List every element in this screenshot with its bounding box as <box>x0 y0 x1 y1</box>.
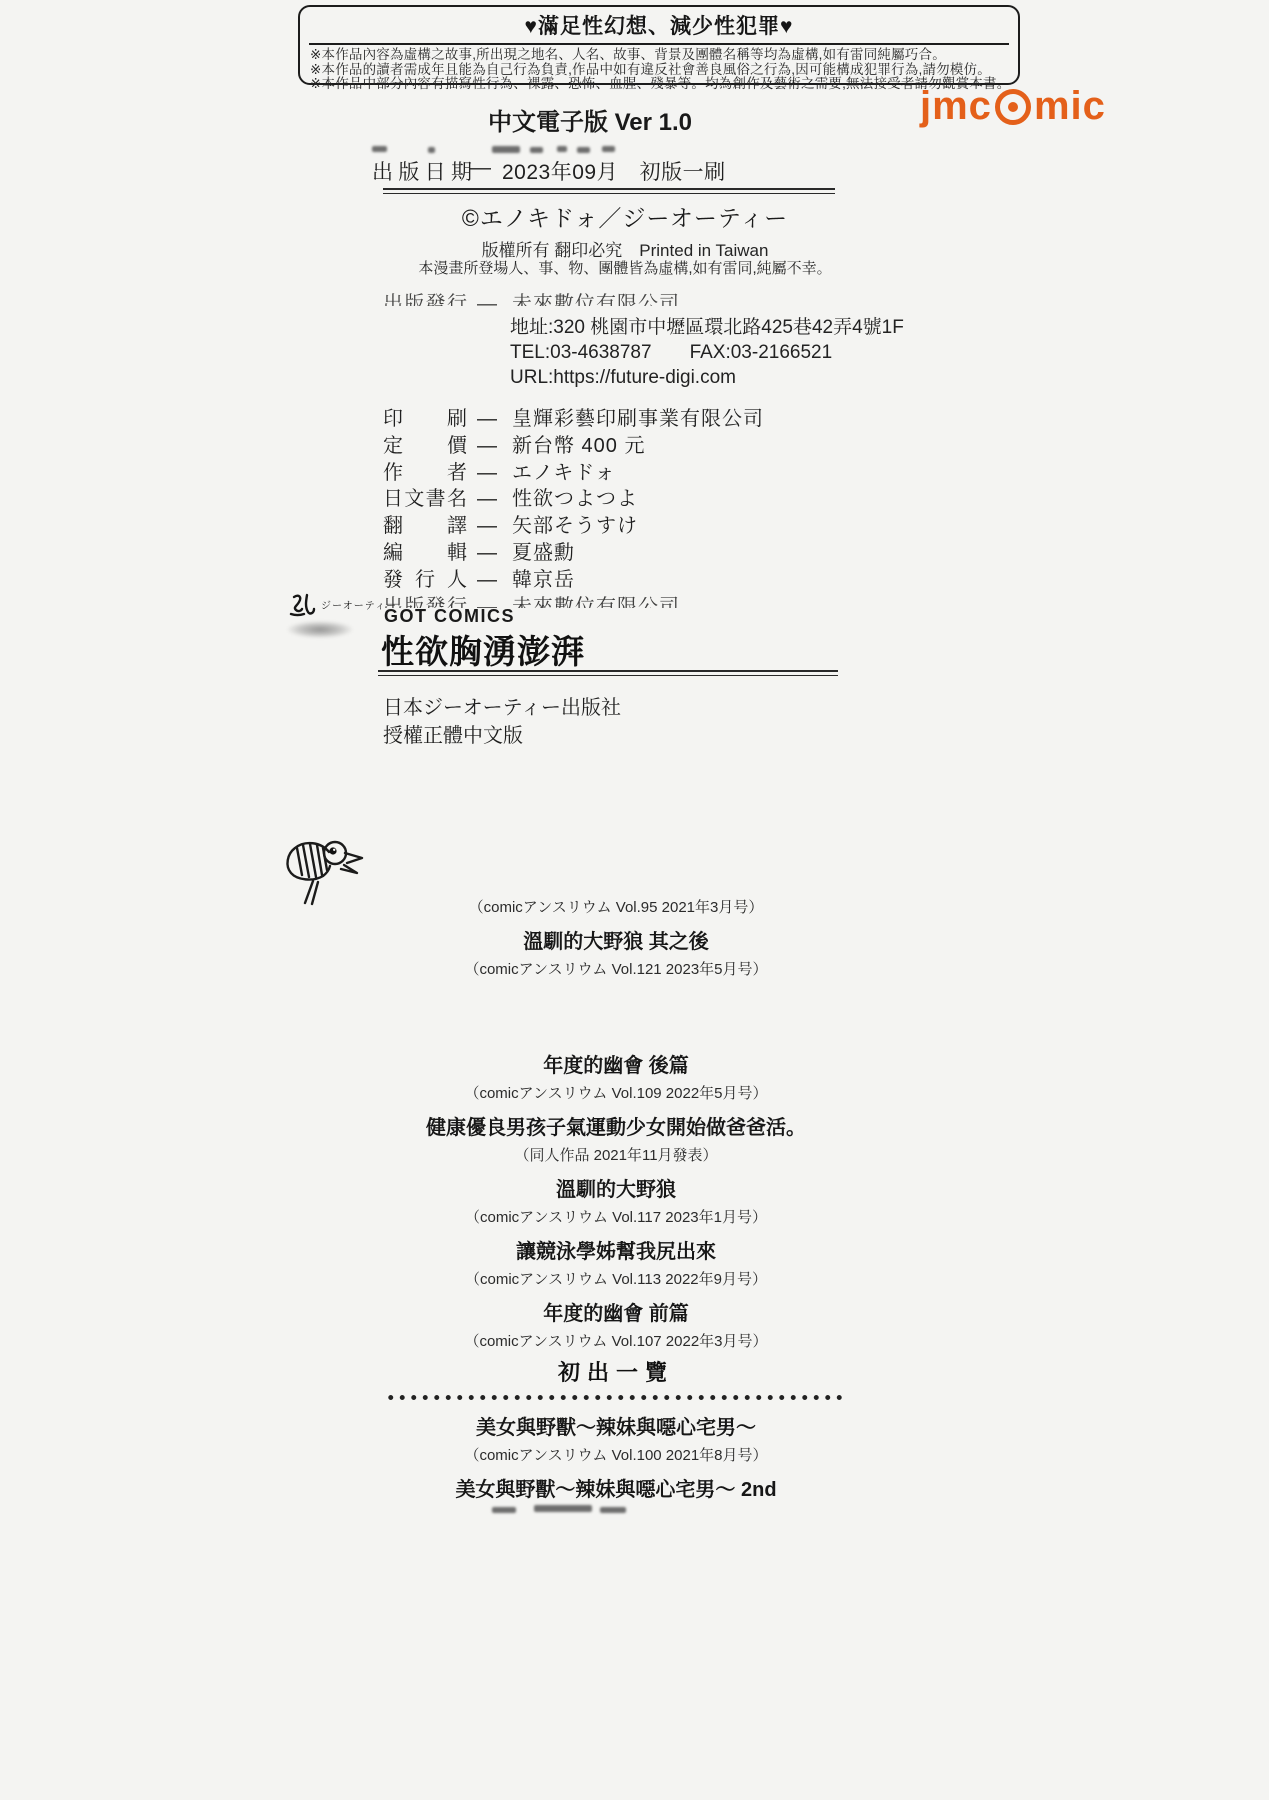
credit-value: 韓京岳 <box>512 569 575 591</box>
erased-text-fragment <box>600 1507 626 1513</box>
double-rule-title <box>378 670 838 676</box>
credit-row: 發行人—韓京岳 <box>0 569 1269 596</box>
credit-dash: — <box>477 488 497 510</box>
work-source: （comicアンスリウム Vol.121 2023年5月号） <box>308 960 924 980</box>
credit-row: 定價—新台幣 400 元 <box>0 435 1269 462</box>
credit-label: 印刷 <box>383 408 467 430</box>
credit-row: 翻譯—矢部そうすけ <box>0 515 1269 542</box>
credit-row: 出版發行—未來數位有限公司 <box>0 596 1269 608</box>
credit-label: 作者 <box>383 462 467 484</box>
publisher-phone: TEL:03-4638787FAX:03-2166521 <box>510 340 904 365</box>
erased-text-fragment <box>372 146 387 152</box>
erased-text-fragment <box>534 1505 592 1512</box>
credit-dash: — <box>477 435 497 457</box>
disclaimer-title: ♥滿足性幻想、減少性犯罪♥ <box>300 7 1018 40</box>
got-comics-brand: GOT COMICS <box>384 606 515 627</box>
erased-text-fragment <box>602 146 615 152</box>
jmcomic-watermark: jmc mic <box>920 84 1106 129</box>
credit-value: 性欲つよつよ <box>512 488 638 510</box>
credits-list: 印刷—皇輝彩藝印刷事業有限公司定價—新台幣 400 元作者—エノキドォ日文書名—… <box>0 408 1269 608</box>
work-title: 讓競泳學姊幫我尻出來 <box>308 1239 924 1265</box>
work-source: （comicアンスリウム Vol.109 2022年5月号） <box>308 1084 924 1104</box>
disclaimer-line: ※本作品中部分內容有描寫性行為、裸露、恐怖、血腥、殘暴等。均為創作及藝術之需要,… <box>310 77 1008 92</box>
got-scribble-icon <box>289 592 319 618</box>
disclaimer-box: ♥滿足性幻想、減少性犯罪♥ ※本作品內容為虛構之故事,所出現之地名、人名、故事、… <box>298 5 1020 85</box>
watermark-text-left: jmc <box>920 84 992 129</box>
credit-row: 編輯—夏盛勳 <box>0 542 1269 569</box>
disclaimer-lines: ※本作品內容為虛構之故事,所出現之地名、人名、故事、背景及團體名稱等均為虛構,如… <box>300 47 1018 92</box>
disclaimer-line: ※本作品內容為虛構之故事,所出現之地名、人名、故事、背景及團體名稱等均為虛構,如… <box>310 48 1008 63</box>
erased-text-fragment <box>530 147 543 153</box>
credit-value: エノキドォ <box>512 462 616 484</box>
first-publication-list: （comicアンスリウム Vol.95 2021年3月号）溫馴的大野狼 其之後（… <box>308 898 924 1503</box>
credit-label: 翻譯 <box>383 515 467 537</box>
publisher-label: 出版發行 <box>383 293 467 306</box>
credit-row: 日文書名—性欲つよつよ <box>0 488 1269 515</box>
erased-text-fragment <box>557 146 567 152</box>
watermark-o-dot <box>1008 102 1018 112</box>
credit-value: 皇輝彩藝印刷事業有限公司 <box>512 408 764 430</box>
license-publisher: 日本ジーオーティー出版社 <box>383 691 621 720</box>
watermark-o-ring-icon <box>995 89 1031 125</box>
publisher-address: 地址:320 桃園市中壢區環北路425巷42弄4號1F <box>510 315 904 340</box>
credit-value: 未來數位有限公司 <box>512 596 680 608</box>
book-title: 性欲胸湧澎湃 <box>381 626 585 673</box>
work-source: （comicアンスリウム Vol.117 2023年1月号） <box>308 1208 924 1228</box>
credit-row: 作者—エノキドォ <box>0 462 1269 489</box>
disclaimer-line: ※本作品的讀者需成年且能為自己行為負責,作品中如有違反社會善良風俗之行為,因可能… <box>310 63 1008 78</box>
work-title: 年度的幽會 後篇 <box>308 1053 924 1079</box>
work-source: （comicアンスリウム Vol.100 2021年8月号） <box>308 1446 924 1466</box>
credit-dash: — <box>477 515 497 537</box>
publisher-dash: — <box>477 293 497 306</box>
fiction-disclaimer: 本漫畫所登場人、事、物、團體皆為虛構,如有雷同,純屬不幸。 <box>320 257 930 278</box>
credit-value: 夏盛勳 <box>512 542 575 564</box>
erased-text-fragment <box>492 146 520 153</box>
credit-dash: — <box>477 542 497 564</box>
publisher-row-cropped: 出版發行 — 未來數位有限公司 <box>0 293 1269 306</box>
credit-row: 印刷—皇輝彩藝印刷事業有限公司 <box>0 408 1269 435</box>
work-title: 美女與野獸～辣妹與噁心宅男～ <box>308 1415 924 1441</box>
publisher-contact: 地址:320 桃園市中壢區環北路425巷42弄4號1F TEL:03-46387… <box>510 315 904 390</box>
work-title: 年度的幽會 前篇 <box>308 1301 924 1327</box>
credit-label: 日文書名 <box>383 488 467 510</box>
credit-value: 新台幣 400 元 <box>512 435 645 457</box>
first-publication-heading: 初出一覽 <box>308 1358 924 1388</box>
publish-date-label: 出版日期 <box>372 156 472 186</box>
work-title: 健康優良男孩子氣運動少女開始做爸爸活。 <box>308 1115 924 1141</box>
list-gap <box>308 980 924 1042</box>
publish-date-row: 出版日期 — 2023年09月 初版一刷 <box>0 156 1269 182</box>
got-logo: ジーオーティー <box>289 592 397 618</box>
work-source: （comicアンスリウム Vol.95 2021年3月号） <box>308 898 924 918</box>
publisher-url: URL:https://future-digi.com <box>510 365 904 390</box>
publish-date-dash: — <box>470 156 491 180</box>
credit-label: 發行人 <box>383 569 467 591</box>
erased-text-fragment <box>577 147 590 153</box>
work-source: （同人作品 2021年11月發表） <box>308 1146 924 1166</box>
publisher-tel: TEL:03-4638787 <box>510 342 652 363</box>
erased-text-fragment <box>428 147 435 153</box>
publish-date-value: 2023年09月 初版一刷 <box>502 156 726 186</box>
work-source: （comicアンスリウム Vol.107 2022年3月号） <box>308 1332 924 1352</box>
work-source: （comicアンスリウム Vol.113 2022年9月号） <box>308 1270 924 1290</box>
credit-label: 編輯 <box>383 542 467 564</box>
erased-text-fragment <box>492 1507 516 1513</box>
credit-dash: — <box>477 408 497 430</box>
publisher-fax: FAX:03-2166521 <box>690 342 833 363</box>
copyright-credit: ©エノキドォ／ジーオーティー <box>320 200 930 233</box>
credit-dash: — <box>477 569 497 591</box>
publisher-name: 未來數位有限公司 <box>512 293 680 306</box>
work-title: 溫馴的大野狼 其之後 <box>308 929 924 955</box>
watermark-text-right: mic <box>1034 84 1106 129</box>
disclaimer-divider <box>309 43 1009 45</box>
work-title: 美女與野獸～辣妹與噁心宅男～ 2nd <box>308 1477 924 1503</box>
ink-smudge <box>287 621 353 638</box>
license-edition: 授權正體中文版 <box>383 719 523 748</box>
credit-dash: — <box>477 462 497 484</box>
dotted-divider <box>385 1394 847 1401</box>
credit-label: 定價 <box>383 435 467 457</box>
credit-value: 矢部そうすけ <box>512 515 638 537</box>
work-title: 溫馴的大野狼 <box>308 1177 924 1203</box>
double-rule-top <box>383 188 835 194</box>
edition-version: 中文電子版 Ver 1.0 <box>430 102 750 137</box>
colophon-page: ♥滿足性幻想、減少性犯罪♥ ※本作品內容為虛構之故事,所出現之地名、人名、故事、… <box>0 0 1269 1800</box>
